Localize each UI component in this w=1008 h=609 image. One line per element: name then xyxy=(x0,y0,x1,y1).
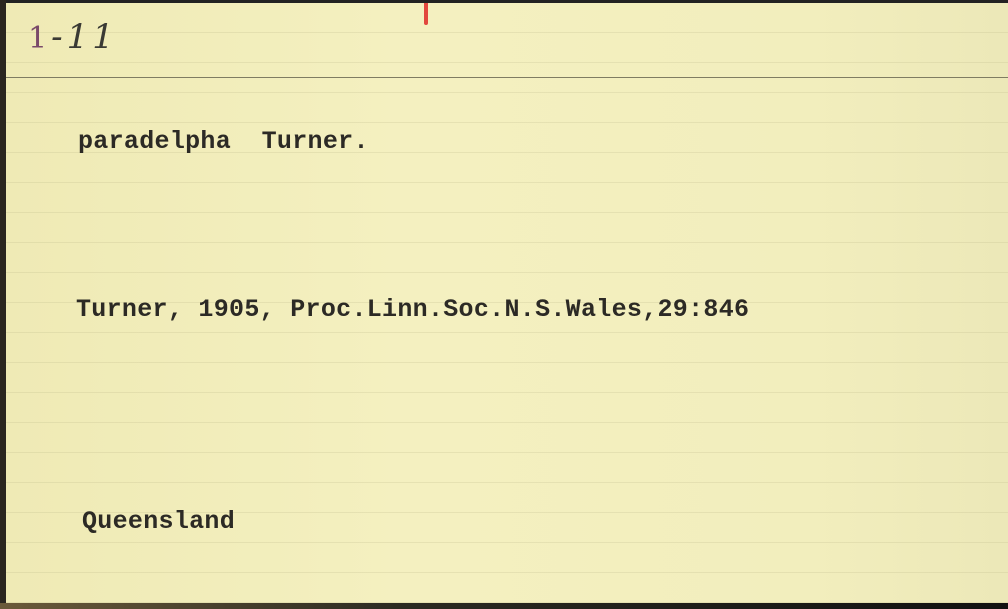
scan-bottom-edge xyxy=(0,603,1008,609)
species-name: paradelpha Turner. xyxy=(78,127,369,156)
handwritten-suffix: -11 xyxy=(51,17,118,57)
header-rule-line xyxy=(6,77,1008,78)
locality-text: Queensland xyxy=(82,507,235,536)
handwritten-reference: 1-11 xyxy=(28,17,118,57)
handwritten-number: 1 xyxy=(28,21,51,56)
citation-text: Turner, 1905, Proc.Linn.Soc.N.S.Wales,29… xyxy=(76,295,749,324)
red-marker-tab xyxy=(424,3,428,25)
index-card: 1-11 paradelpha Turner. Turner, 1905, Pr… xyxy=(6,3,1008,604)
